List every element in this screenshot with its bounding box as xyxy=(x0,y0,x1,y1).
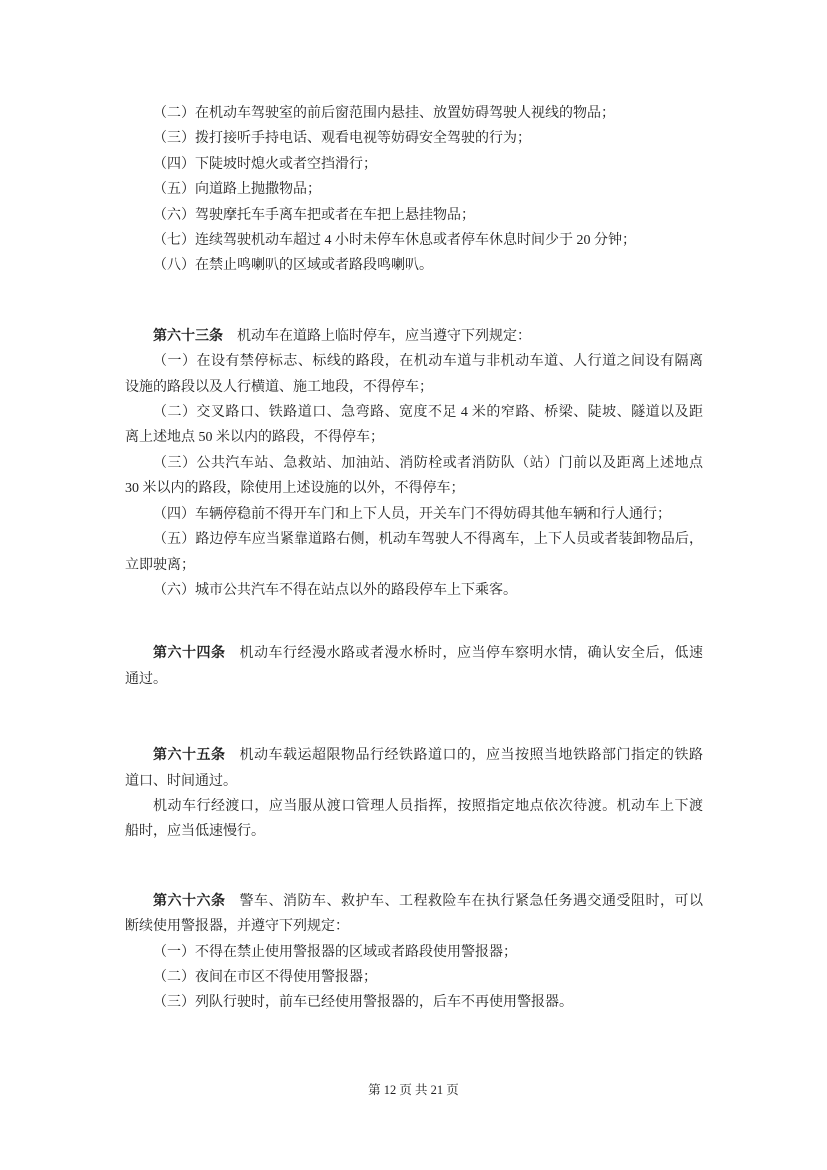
paragraph: （六）城市公共汽车不得在站点以外的路段停车上下乘客。 xyxy=(125,578,703,603)
article-text: 警车、消防车、救护车、工程救险车在执行紧急任务遇交通受阻时，可以 xyxy=(240,894,704,909)
text-line: 30 米以内的路段，除使用上述设施的以外，不得停车； xyxy=(125,476,703,501)
text-line: （一）不得在禁止使用警报器的区域或者路段使用警报器； xyxy=(125,940,703,965)
text-line: （六）驾驶摩托车手离车把或者在车把上悬挂物品； xyxy=(125,203,703,228)
paragraph: （七）连续驾驶机动车超过 4 小时未停车休息或者停车休息时间少于 20 分钟； xyxy=(125,228,703,253)
text-line: 第六十五条机动车载运超限物品行经铁路道口的，应当按照当地铁路部门指定的铁路 xyxy=(125,743,703,768)
text-line: （二）夜间在市区不得使用警报器； xyxy=(125,965,703,990)
text-line: （四）下陡坡时熄火或者空挡滑行； xyxy=(125,152,703,177)
article-text: 机动车在道路上临时停车，应当遵守下列规定： xyxy=(237,329,531,344)
text-line: （二）交叉路口、铁路道口、急弯路、宽度不足 4 米的窄路、桥梁、陡坡、隧道以及距 xyxy=(125,400,703,425)
article-paragraph: 第六十六条警车、消防车、救护车、工程救险车在执行紧急任务遇交通受阻时，可以断续使… xyxy=(125,889,703,940)
paragraph: （四）下陡坡时熄火或者空挡滑行； xyxy=(125,152,703,177)
paragraph: （六）驾驶摩托车手离车把或者在车把上悬挂物品； xyxy=(125,203,703,228)
text-line: （六）城市公共汽车不得在站点以外的路段停车上下乘客。 xyxy=(125,578,703,603)
article-paragraph: 第六十五条机动车载运超限物品行经铁路道口的，应当按照当地铁路部门指定的铁路道口、… xyxy=(125,743,703,794)
paragraph: 机动车行经渡口，应当服从渡口管理人员指挥，按照指定地点依次待渡。机动车上下渡船时… xyxy=(125,794,703,845)
text-line: （一）在设有禁停标志、标线的路段，在机动车道与非机动车道、人行道之间设有隔离 xyxy=(125,349,703,374)
paragraph: （三）列队行驶时，前车已经使用警报器的，后车不再使用警报器。 xyxy=(125,990,703,1015)
text-line: （三）列队行驶时，前车已经使用警报器的，后车不再使用警报器。 xyxy=(125,990,703,1015)
text-line: 第六十三条机动车在道路上临时停车，应当遵守下列规定： xyxy=(125,324,703,349)
paragraph: （三）拨打接听手持电话、观看电视等妨碍安全驾驶的行为； xyxy=(125,126,703,151)
text-line: 断续使用警报器，并遵守下列规定： xyxy=(125,914,703,939)
article-text: 机动车行经漫水路或者漫水桥时，应当停车察明水情，确认安全后，低速 xyxy=(240,646,704,661)
text-line: （三）公共汽车站、急救站、加油站、消防栓或者消防队（站）门前以及距离上述地点 xyxy=(125,451,703,476)
paragraph: （三）公共汽车站、急救站、加油站、消防栓或者消防队（站）门前以及距离上述地点30… xyxy=(125,451,703,502)
paragraph: （二）夜间在市区不得使用警报器； xyxy=(125,965,703,990)
document-page: （二）在机动车驾驶室的前后窗范围内悬挂、放置妨碍驾驶人视线的物品；（三）拨打接听… xyxy=(0,0,827,1170)
article-number: 第六十三条 xyxy=(153,329,223,344)
text-line: （五）路边停车应当紧靠道路右侧，机动车驾驶人不得离车，上下人员或者装卸物品后， xyxy=(125,527,703,552)
document-body: （二）在机动车驾驶室的前后窗范围内悬挂、放置妨碍驾驶人视线的物品；（三）拨打接听… xyxy=(125,101,703,1016)
paragraph: （五）路边停车应当紧靠道路右侧，机动车驾驶人不得离车，上下人员或者装卸物品后，立… xyxy=(125,527,703,578)
article-65-section: 第六十五条机动车载运超限物品行经铁路道口的，应当按照当地铁路部门指定的铁路道口、… xyxy=(125,743,703,845)
text-line: 通过。 xyxy=(125,667,703,692)
text-line: （八）在禁止鸣喇叭的区域或者路段鸣喇叭。 xyxy=(125,253,703,278)
article-63-section: 第六十三条机动车在道路上临时停车，应当遵守下列规定：（一）在设有禁停标志、标线的… xyxy=(125,324,703,603)
paragraph: （八）在禁止鸣喇叭的区域或者路段鸣喇叭。 xyxy=(125,253,703,278)
article-paragraph: 第六十四条机动车行经漫水路或者漫水桥时，应当停车察明水情，确认安全后，低速通过。 xyxy=(125,641,703,692)
article-number: 第六十五条 xyxy=(153,748,226,763)
article-64-section: 第六十四条机动车行经漫水路或者漫水桥时，应当停车察明水情，确认安全后，低速通过。 xyxy=(125,641,703,692)
text-line: （三）拨打接听手持电话、观看电视等妨碍安全驾驶的行为； xyxy=(125,126,703,151)
text-line: （五）向道路上抛撒物品； xyxy=(125,177,703,202)
text-line: 机动车行经渡口，应当服从渡口管理人员指挥，按照指定地点依次待渡。机动车上下渡 xyxy=(125,794,703,819)
paragraph: （四）车辆停稳前不得开车门和上下人员，开关车门不得妨碍其他车辆和行人通行； xyxy=(125,502,703,527)
paragraph: （二）交叉路口、铁路道口、急弯路、宽度不足 4 米的窄路、桥梁、陡坡、隧道以及距… xyxy=(125,400,703,451)
text-line: 道口、时间通过。 xyxy=(125,769,703,794)
text-line: 设施的路段以及人行横道、施工地段，不得停车； xyxy=(125,375,703,400)
paragraph: （一）在设有禁停标志、标线的路段，在机动车道与非机动车道、人行道之间设有隔离设施… xyxy=(125,349,703,400)
text-line: （七）连续驾驶机动车超过 4 小时未停车休息或者停车休息时间少于 20 分钟； xyxy=(125,228,703,253)
paragraph: （五）向道路上抛撒物品； xyxy=(125,177,703,202)
text-line: 船时，应当低速慢行。 xyxy=(125,819,703,844)
paragraph: （二）在机动车驾驶室的前后窗范围内悬挂、放置妨碍驾驶人视线的物品； xyxy=(125,101,703,126)
text-line: （二）在机动车驾驶室的前后窗范围内悬挂、放置妨碍驾驶人视线的物品； xyxy=(125,101,703,126)
article-paragraph: 第六十三条机动车在道路上临时停车，应当遵守下列规定： xyxy=(125,324,703,349)
text-line: 第六十四条机动车行经漫水路或者漫水桥时，应当停车察明水情，确认安全后，低速 xyxy=(125,641,703,666)
article-66-section: 第六十六条警车、消防车、救护车、工程救险车在执行紧急任务遇交通受阻时，可以断续使… xyxy=(125,889,703,1016)
article-text: 机动车载运超限物品行经铁路道口的，应当按照当地铁路部门指定的铁路 xyxy=(240,748,704,763)
page-number-label: 第 12 页 共 21 页 xyxy=(368,1083,459,1097)
paragraph: （一）不得在禁止使用警报器的区域或者路段使用警报器； xyxy=(125,940,703,965)
text-line: 第六十六条警车、消防车、救护车、工程救险车在执行紧急任务遇交通受阻时，可以 xyxy=(125,889,703,914)
text-line: 离上述地点 50 米以内的路段，不得停车； xyxy=(125,425,703,450)
article-number: 第六十六条 xyxy=(153,894,226,909)
text-line: （四）车辆停稳前不得开车门和上下人员，开关车门不得妨碍其他车辆和行人通行； xyxy=(125,502,703,527)
item-list-continued: （二）在机动车驾驶室的前后窗范围内悬挂、放置妨碍驾驶人视线的物品；（三）拨打接听… xyxy=(125,101,703,279)
text-line: 立即驶离； xyxy=(125,553,703,578)
article-number: 第六十四条 xyxy=(153,646,226,661)
page-footer: 第 12 页 共 21 页 xyxy=(0,1083,827,1098)
